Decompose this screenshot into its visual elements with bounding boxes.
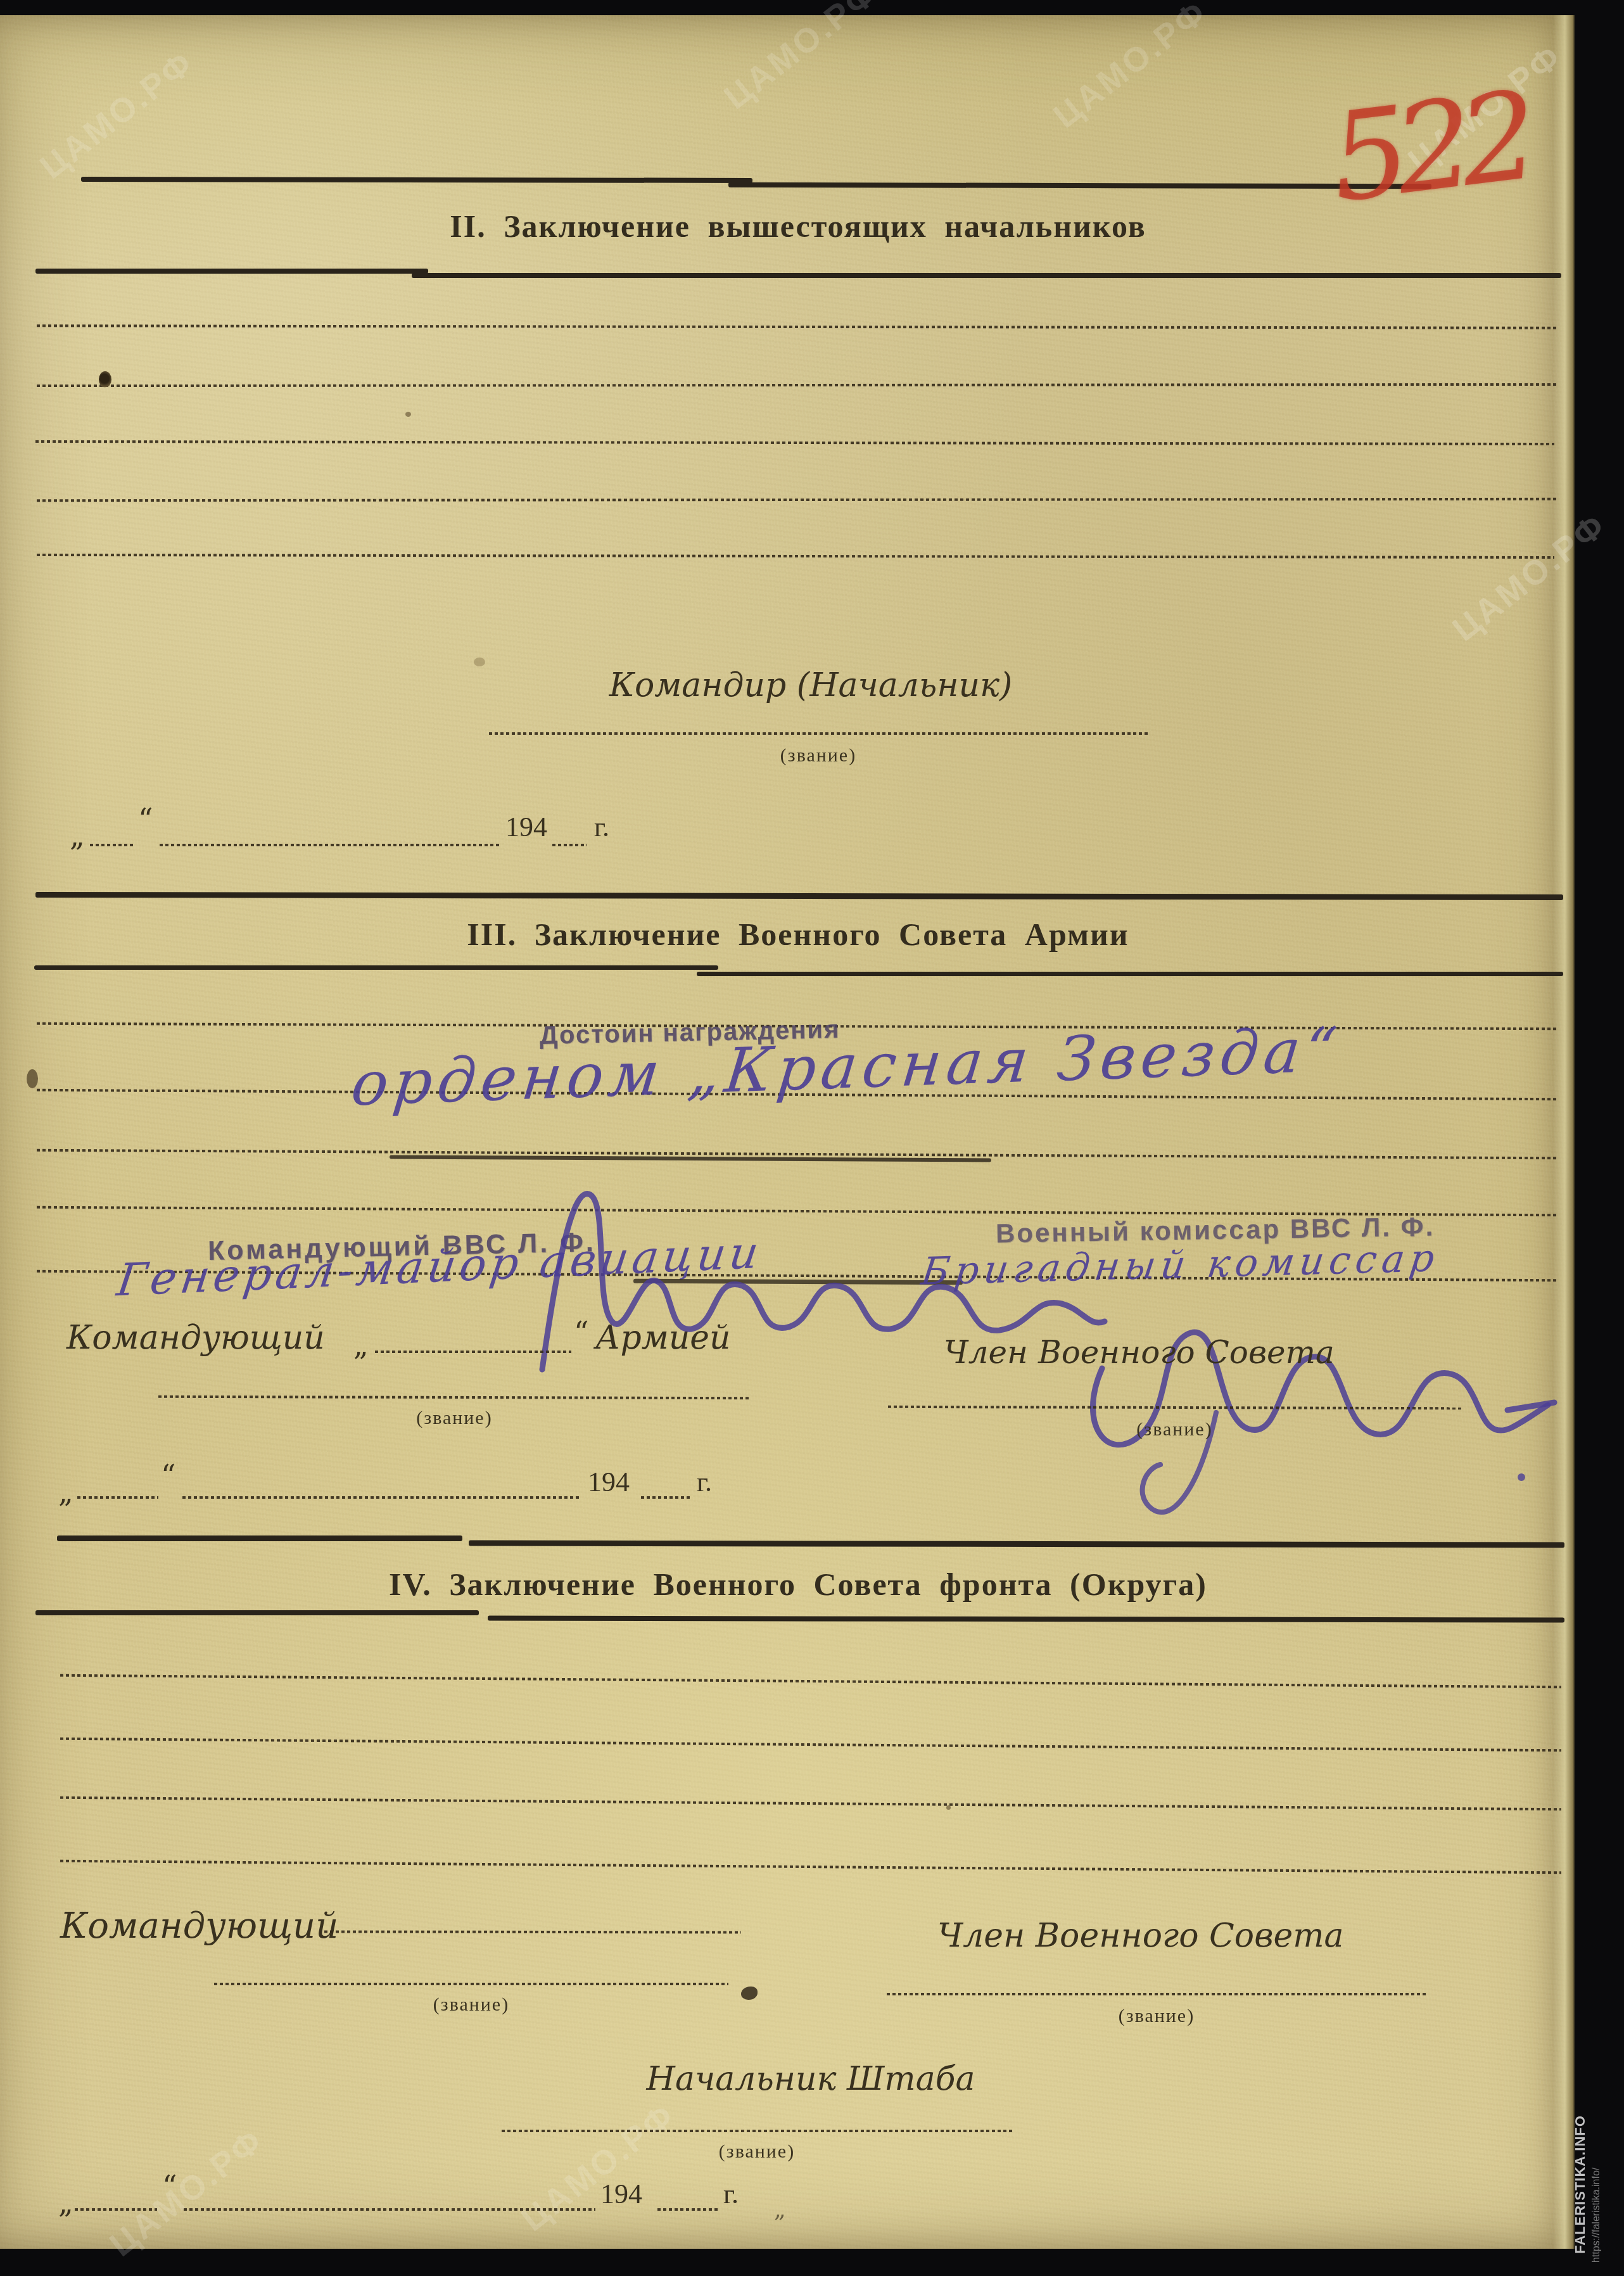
dotted-line	[657, 2208, 718, 2211]
dotted-line	[375, 1351, 571, 1353]
scanned-document-page: ЦАМО.РФ ЦАМО.РФ ЦАМО.РФ ЦАМО.РФ ЦАМО.РФ …	[0, 0, 1624, 2276]
quote-mark: “	[574, 1315, 589, 1349]
chief-of-staff-label: Начальник Штаба	[443, 2060, 1178, 2098]
quote-mark: “	[162, 2169, 177, 2203]
army-commander-label: Командующий	[67, 1319, 325, 1357]
dotted-line	[77, 1496, 158, 1499]
ruled-line	[35, 269, 428, 274]
year-suffix-label: г.	[697, 1466, 712, 1498]
dotted-line	[90, 844, 134, 846]
ruled-line	[697, 972, 1563, 976]
dotted-line	[887, 1993, 1426, 1995]
year-suffix-label: г.	[594, 811, 609, 843]
rank-caption: (звание)	[489, 745, 1148, 766]
quote-mark: “	[161, 1458, 176, 1492]
ruled-line	[412, 273, 1561, 278]
quote-mark: “	[138, 802, 153, 836]
front-commander-label: Командующий	[60, 1905, 338, 1947]
site-watermark-name: FALERISTIKA.INFO	[1572, 2115, 1589, 2254]
dotted-line	[552, 844, 587, 846]
paper-stain	[27, 1069, 38, 1088]
section-iii-heading: III. Заключение Военного Совета Армии	[38, 916, 1558, 953]
year-label: 194	[505, 811, 547, 843]
ruled-line	[34, 965, 718, 970]
ruled-line	[57, 1535, 462, 1541]
folio-number-handwriting: 522	[1324, 66, 1533, 230]
rank-caption: (звание)	[502, 2141, 1012, 2163]
quote-mark: „	[70, 818, 85, 853]
year-label: 194	[600, 2178, 642, 2210]
dotted-line	[75, 2208, 157, 2211]
paper-right-edge	[1553, 15, 1575, 2249]
paper-speck	[405, 412, 411, 417]
section-iv-heading: IV. Заключение Военного Совета фронта (О…	[38, 1566, 1558, 1603]
quote-mark: „	[58, 2185, 73, 2220]
dotted-line	[641, 1496, 692, 1499]
dotted-line	[182, 1496, 581, 1499]
commander-chief-label: Командир (Начальник)	[38, 666, 1583, 704]
rank-caption: (звание)	[888, 1419, 1461, 1440]
council-member-label: Член Военного Совета	[944, 1334, 1335, 1371]
dotted-line	[502, 2130, 1012, 2132]
quote-mark: „	[353, 1328, 369, 1362]
paper-stain	[474, 658, 485, 666]
dotted-line	[214, 1983, 728, 1985]
section-ii-heading: II. Заключение вышестоящих начальников	[38, 208, 1558, 245]
year-label: 194	[588, 1466, 630, 1498]
site-watermark-url: https://faleristika.info/	[1591, 2168, 1602, 2263]
ruled-line	[35, 1610, 479, 1615]
dotted-line	[160, 844, 502, 846]
rank-caption: (звание)	[887, 2006, 1426, 2027]
stray-quote-mark: „	[774, 2197, 786, 2223]
dotted-line	[489, 732, 1148, 735]
quote-mark: „	[58, 1475, 73, 1509]
signature-commissar	[1064, 1286, 1564, 1539]
dotted-line	[184, 2208, 595, 2211]
rank-caption: (звание)	[158, 1408, 751, 1429]
council-member-label: Член Военного Совета	[937, 1917, 1344, 1955]
paper-speck	[946, 1805, 951, 1810]
year-suffix-label: г.	[723, 2178, 739, 2210]
army-label: Армией	[595, 1319, 731, 1357]
rank-caption: (звание)	[214, 1994, 728, 2016]
paper-hole	[99, 371, 111, 388]
